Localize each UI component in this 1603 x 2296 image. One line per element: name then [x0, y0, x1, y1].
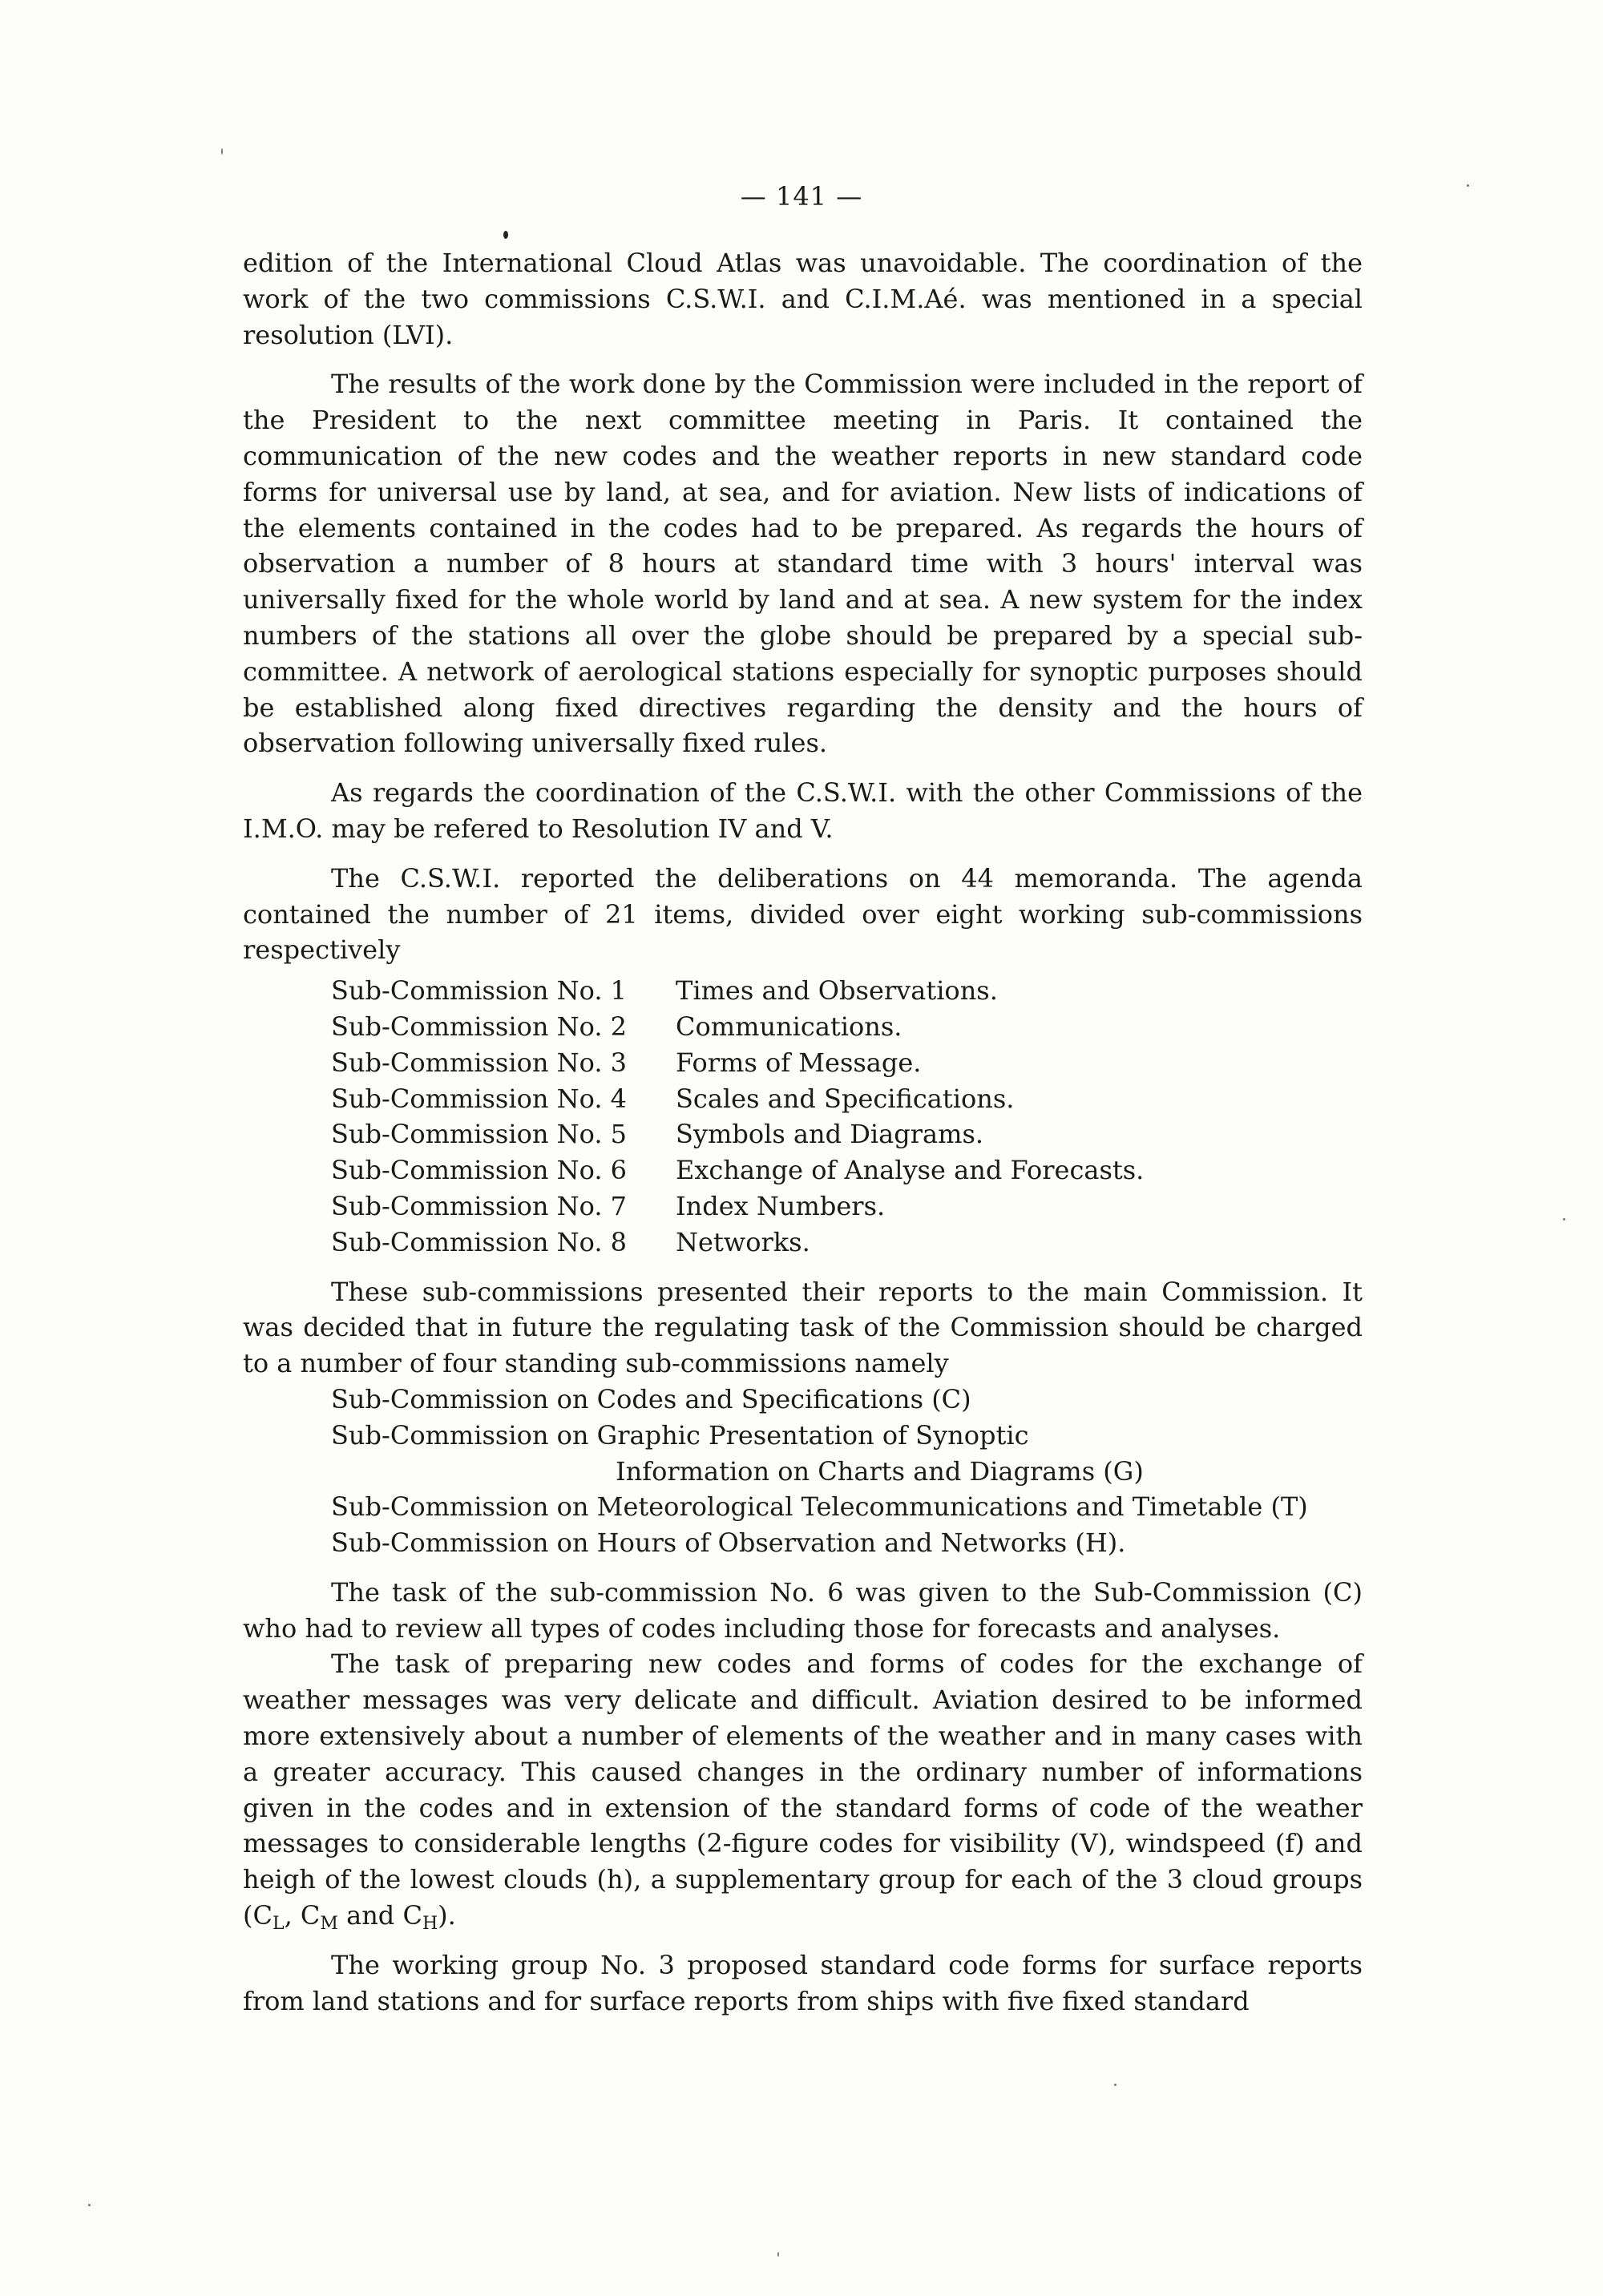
- list-item-continuation: Information on Charts and Diagrams (G): [331, 1454, 1363, 1490]
- scan-speck: [503, 231, 508, 239]
- list-item: Sub-Commission No. 5 Symbols and Diagram…: [331, 1116, 1363, 1152]
- list-item: Sub-Commission No. 1 Times and Observati…: [331, 973, 1363, 1009]
- subcommission-number: Sub-Commission No. 3: [331, 1045, 676, 1081]
- standing-subcommissions-list: Sub-Commission on Codes and Specificatio…: [331, 1382, 1363, 1561]
- paragraph-code-preparation: The task of preparing new codes and form…: [243, 1646, 1363, 1933]
- scan-speck: [1563, 1218, 1565, 1221]
- subcommission-topic: Communications.: [676, 1009, 902, 1045]
- list-item: Sub-Commission No. 7 Index Numbers.: [331, 1188, 1363, 1225]
- list-item: Sub-Commission on Graphic Presentation o…: [331, 1418, 1363, 1454]
- subcommission-number: Sub-Commission No. 2: [331, 1009, 676, 1045]
- list-item: Sub-Commission No. 4 Scales and Specific…: [331, 1081, 1363, 1117]
- list-item: Sub-Commission No. 3 Forms of Message.: [331, 1045, 1363, 1081]
- subcommission-number: Sub-Commission No. 4: [331, 1081, 676, 1117]
- list-item: Sub-Commission No. 8 Networks.: [331, 1225, 1363, 1261]
- paragraph-task-subcommission-6: The task of the sub-commission No. 6 was…: [243, 1575, 1363, 1647]
- scan-speck: [1114, 2084, 1116, 2086]
- working-subcommissions-list: Sub-Commission No. 1 Times and Observati…: [331, 973, 1363, 1260]
- subcommission-number: Sub-Commission No. 5: [331, 1116, 676, 1152]
- list-item: Sub-Commission No. 2 Communications.: [331, 1009, 1363, 1045]
- paragraph-deliberations: The C.S.W.I. reported the deliberations …: [243, 861, 1363, 968]
- scan-speck: [1467, 184, 1469, 187]
- subcommission-topic: Exchange of Analyse and Forecasts.: [676, 1152, 1144, 1188]
- subcommission-number: Sub-Commission No. 7: [331, 1188, 676, 1225]
- list-item: Sub-Commission No. 6 Exchange of Analyse…: [331, 1152, 1363, 1188]
- subcommission-number: Sub-Commission No. 6: [331, 1152, 676, 1188]
- list-item: Sub-Commission on Codes and Specificatio…: [331, 1382, 1363, 1418]
- body-text: edition of the International Cloud Atlas…: [243, 245, 1363, 2019]
- list-item: Sub-Commission on Meteorological Telecom…: [331, 1489, 1363, 1525]
- subcommission-topic: Forms of Message.: [676, 1045, 921, 1081]
- subcommission-number: Sub-Commission No. 8: [331, 1225, 676, 1261]
- paragraph-sub-commission-reports: These sub-commissions presented their re…: [243, 1274, 1363, 1382]
- document-page: — 141 — edition of the International Clo…: [0, 0, 1603, 2296]
- paragraph-cloud-atlas: edition of the International Cloud Atlas…: [243, 245, 1363, 353]
- list-item: Sub-Commission on Hours of Observation a…: [331, 1525, 1363, 1561]
- scan-speck: [221, 148, 223, 155]
- subcommission-topic: Times and Observations.: [676, 973, 998, 1009]
- paragraph-working-group-3: The working group No. 3 proposed standar…: [243, 1947, 1363, 2020]
- scan-speck: [777, 2252, 779, 2257]
- subcommission-topic: Scales and Specifications.: [676, 1081, 1014, 1117]
- subcommission-topic: Networks.: [676, 1225, 810, 1261]
- subcommission-topic: Index Numbers.: [676, 1188, 885, 1225]
- subcommission-number: Sub-Commission No. 1: [331, 973, 676, 1009]
- page-number: — 141 —: [0, 181, 1603, 212]
- scan-speck: [88, 2204, 91, 2206]
- paragraph-coordination: As regards the coordination of the C.S.W…: [243, 775, 1363, 847]
- subcommission-topic: Symbols and Diagrams.: [676, 1116, 983, 1152]
- paragraph-commission-results: The results of the work done by the Comm…: [243, 366, 1363, 761]
